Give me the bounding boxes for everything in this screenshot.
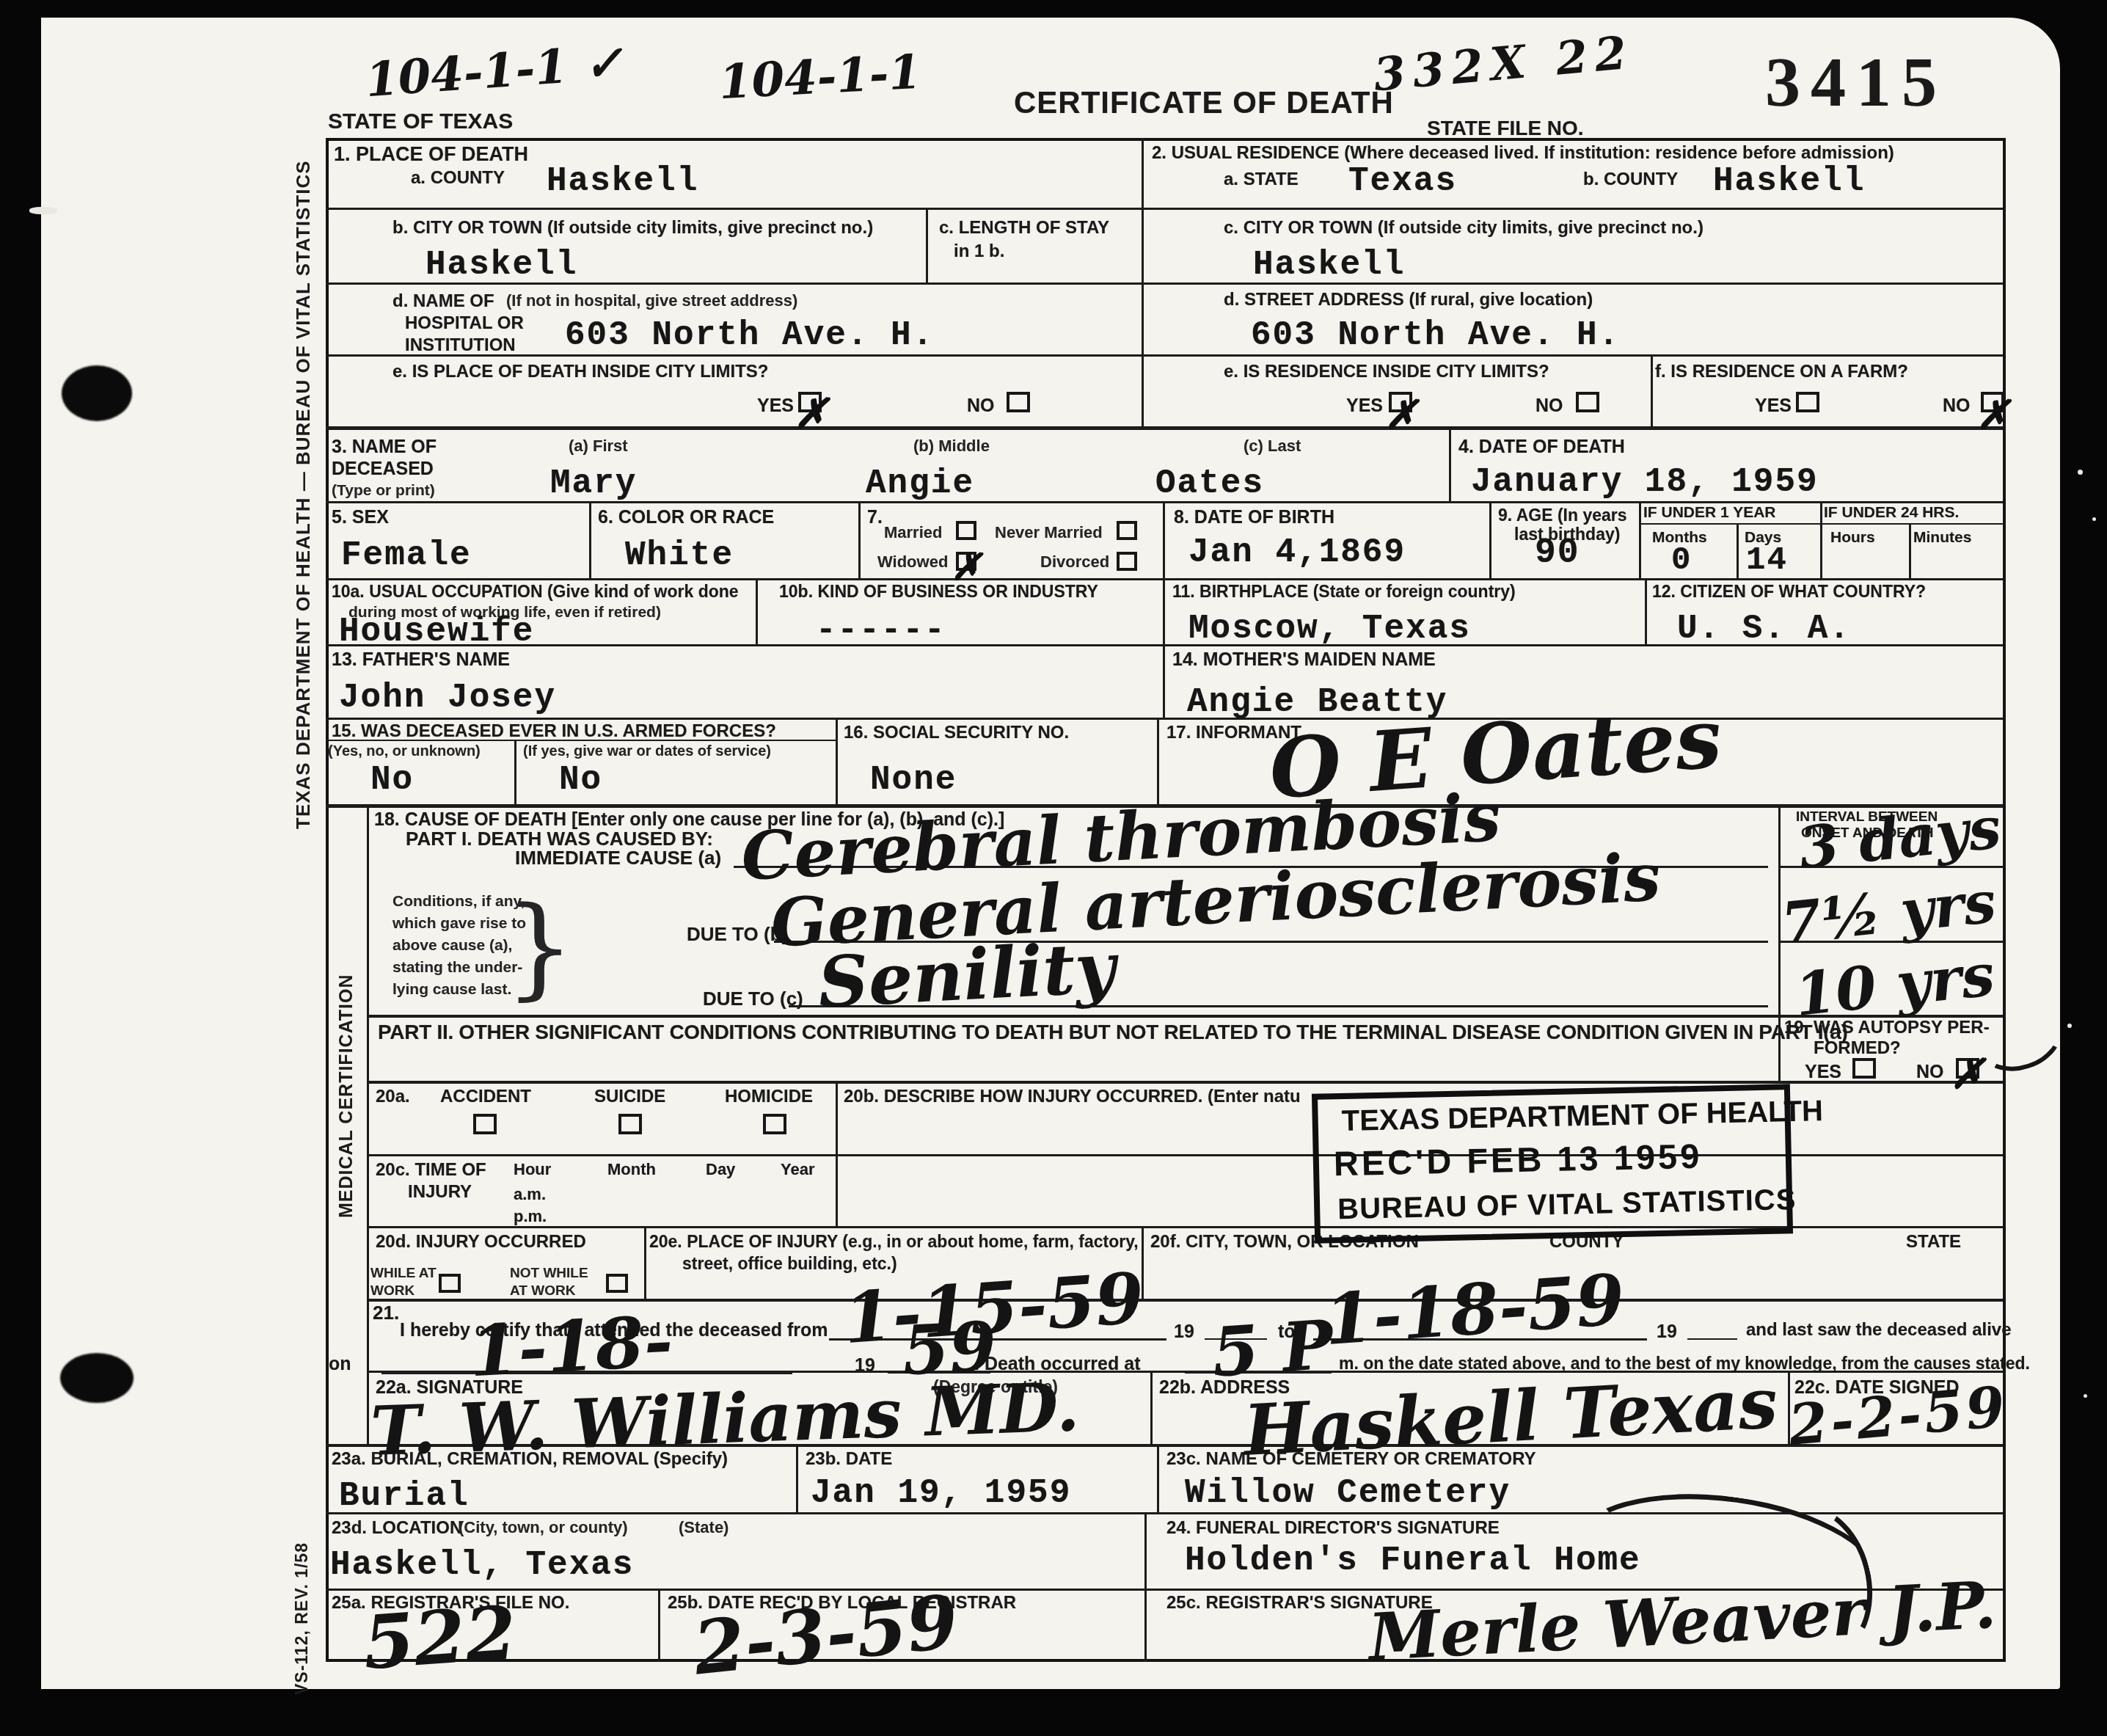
if-under-1-year-label: IF UNDER 1 YEAR [1643,505,1775,521]
part2-label: PART II. OTHER SIGNIFICANT CONDITIONS CO… [378,1021,1848,1043]
due-to-c-label: DUE TO (c) [703,989,803,1009]
first-name-label: (a) First [569,437,628,454]
grid-line [1144,1589,1147,1662]
certificate-title: CERTIFICATE OF DEATH [1014,87,1394,119]
last-name-label: (c) Last [1244,437,1301,454]
armed-forces-sub2-label: (If yes, give war or dates of service) [523,744,771,759]
residence-state-label: a. STATE [1224,170,1299,189]
city-town-county-label: (City, town, or county) [459,1519,628,1536]
grid-line [367,1015,2003,1018]
not-while-at-work-checkbox [606,1274,628,1293]
conditions-note-line: stating the under- [392,960,522,976]
never-married-label: Never Married [995,524,1103,541]
date-of-birth-label: 8. DATE OF BIRTH [1174,508,1334,527]
no-label: NO [1943,396,1971,415]
file-reference-handwritten-2: 104-1-1 [718,49,923,106]
widowed-label: Widowed [877,553,948,570]
grid-line [1150,1371,1153,1444]
grid-line [836,1081,838,1228]
last-alive-date: 1-18- [468,1307,675,1387]
conditions-note-line: lying cause last. [392,982,511,998]
received-stamp: TEXAS DEPARTMENT OF HEALTH REC'D FEB 13 … [1312,1084,1793,1244]
grid-line [1489,501,1491,578]
grid-line [1163,578,1165,644]
residence-city-value: Haskell [1253,248,1405,282]
hospital-label-2: HOSPITAL OR [405,314,524,332]
grid-line [1144,1512,1147,1589]
deceased-label-2: DECEASED [332,459,434,478]
blank-rule [1687,1338,1737,1340]
film-speck [2078,470,2083,475]
cemetery-value: Willow Cemetery [1185,1476,1511,1510]
grid-line [1449,428,1451,501]
residence-state-value: Texas [1348,164,1457,198]
hospital-label-3: INSTITUTION [405,336,516,354]
no-label: NO [1916,1062,1944,1082]
married-label: Married [884,524,942,541]
occupation-value: Housewife [339,615,534,649]
business-industry-value: ------ [816,613,946,647]
days-value: 14 [1746,544,1788,577]
age-label: 9. AGE (In years [1498,506,1627,524]
day-label: Day [706,1161,735,1178]
if-under-24-hrs-label: IF UNDER 24 HRS. [1824,505,1959,521]
grid-line [514,740,516,806]
length-of-stay-label: c. LENGTH OF STAY [939,219,1109,237]
place-of-death-label: 1. PLACE OF DEATH [334,144,528,164]
grid-line [658,1589,660,1662]
year-19-label: 19 [1174,1322,1194,1341]
while-at-work-label: WHILE AT [370,1266,437,1281]
grid-line [367,1081,2003,1084]
street-address-value: 603 North Ave. H. [1251,318,1620,352]
grid-line [1142,138,1144,428]
fathers-name-value: John Josey [339,681,556,715]
armed-forces-sub1-label: (Yes, no, or unknown) [328,744,481,759]
grid-line [326,426,2003,430]
grid-line [1820,501,1822,578]
attended-to-date: 1-18-59 [1322,1265,1626,1355]
residence-city-label: c. CITY OR TOWN (If outside city limits,… [1224,219,1704,237]
name-of-deceased-label: 3. NAME OF [332,437,437,456]
length-of-stay-label-2: in 1 b. [954,242,1004,260]
conditions-note-line: above cause (a), [392,938,512,954]
grid-line [756,578,758,644]
burial-value: Burial [339,1479,470,1513]
grid-line [1645,578,1647,644]
color-race-label: 6. COLOR OR RACE [598,508,774,527]
date-of-birth-value: Jan 4,1869 [1188,536,1406,569]
hospital-label: d. NAME OF [392,292,494,310]
time-of-injury-label: 20c. TIME OF [376,1161,486,1179]
yes-label: YES [757,396,794,415]
film-speck [2084,1394,2087,1398]
county-label: a. COUNTY [411,169,505,187]
pm-label: p.m. [514,1208,547,1225]
married-checkbox [956,521,976,540]
burial-date-value: Jan 19, 1959 [811,1476,1071,1510]
funeral-director-label: 24. FUNERAL DIRECTOR'S SIGNATURE [1166,1519,1500,1537]
time-of-injury-label-2: INJURY [408,1183,472,1201]
mothers-maiden-name-label: 14. MOTHER'S MAIDEN NAME [1172,650,1436,669]
grid-line [367,1299,2003,1302]
injury-state-label: STATE [1906,1233,1961,1251]
grid-line [1639,501,1641,578]
grid-line [1157,1444,1159,1514]
grid-line [1651,354,1653,428]
burial-location-value: Haskell, Texas [330,1548,634,1582]
grid-line [1909,523,1911,578]
homicide-label: HOMICIDE [725,1087,813,1106]
grid-line [644,1226,646,1299]
type-or-print-label: (Type or print) [332,483,435,499]
color-race-value: White [625,539,734,572]
street-address-label: d. STREET ADDRESS (If rural, give locati… [1224,291,1593,309]
stamp-line-2: REC'D FEB 13 1959 [1333,1136,1702,1184]
describe-injury-label: 20b. DESCRIBE HOW INJURY OCCURRED. (Ente… [844,1087,1301,1106]
grid-line [589,501,591,578]
yes-label: YES [1805,1062,1841,1082]
stamp-line-1: TEXAS DEPARTMENT OF HEALTH [1341,1095,1823,1138]
no-checkbox [1007,392,1030,412]
armed-forces-value-1: No [370,763,414,797]
no-label: NO [1535,396,1563,415]
hospital-paren-label: (If not in hospital, give street address… [506,292,797,309]
burial-location-label: 23d. LOCATION [332,1519,462,1537]
form-code-vertical-label: VS-112, REV. 1/58 [292,1519,312,1695]
grid-line [1157,718,1159,806]
armed-forces-label: 15. WAS DECEASED EVER IN U.S. ARMED FORC… [332,722,776,740]
ink-blot [60,1353,134,1403]
hour-label: Hour [514,1161,551,1178]
conditions-brace: } [505,891,574,1007]
homicide-checkbox [763,1114,786,1134]
suicide-label: SUICIDE [594,1087,665,1106]
hospital-value: 603 North Ave. H. [565,318,934,352]
county-value: Haskell [547,164,698,198]
while-at-work-checkbox [439,1274,461,1293]
grid-line [326,354,2003,357]
widowed-checkmark: ✗ [951,549,982,586]
film-speck [2067,1024,2072,1028]
am-label: a.m. [514,1186,546,1203]
middle-name-label: (b) Middle [913,437,990,454]
residence-county-value: Haskell [1713,164,1865,198]
city-label: b. CITY OR TOWN (If outside city limits,… [392,219,873,237]
never-married-checkbox [1117,521,1137,540]
birthplace-value: Moscow, Texas [1188,612,1471,646]
accident-suicide-homicide-label: 20a. [376,1087,410,1106]
on-label: on [329,1354,351,1374]
year-label: Year [781,1161,815,1178]
months-value: 0 [1671,544,1692,577]
citizen-value: U. S. A. [1677,612,1851,646]
sex-label: 5. SEX [332,508,389,527]
grid-line [926,208,928,282]
immediate-cause-label: IMMEDIATE CAUSE (a) [515,848,721,868]
month-label: Month [607,1161,656,1178]
not-while-at-work-label: NOT WHILE [510,1266,588,1281]
first-name-value: Mary [550,467,637,500]
social-security-label: 16. SOCIAL SECURITY NO. [844,723,1069,742]
grid-line [1163,644,1165,718]
state-of-texas-label: STATE OF TEXAS [328,110,513,134]
divorced-checkbox [1117,552,1137,571]
no-checkmark: ✗ [1950,1054,1984,1095]
grid-line [1737,523,1739,578]
marital-status-label: 7. [867,508,883,527]
due-to-c-value: Senility [817,933,1117,1018]
grid-line [367,804,369,1445]
birthplace-label: 11. BIRTHPLACE (State or foreign country… [1172,583,1516,600]
no-checkbox [1576,392,1599,412]
certify-number-label: 21. [373,1303,399,1323]
state-file-number-stamp: 3415 [1765,45,1947,120]
year-19-label: 19 [1657,1322,1677,1341]
state-file-no-label: STATE FILE NO. [1427,117,1584,139]
death-time-handwritten: 5 P [1210,1310,1335,1386]
while-at-work-label-2: WORK [370,1284,415,1299]
suicide-checkbox [618,1114,642,1134]
film-speck [29,207,57,214]
inside-city-limits-label: e. IS PLACE OF DEATH INSIDE CITY LIMITS? [392,362,768,381]
autopsy-label-2: FORMED? [1814,1039,1901,1057]
certify-text-2: and last saw the deceased alive [1746,1321,2012,1339]
residence-farm-label: f. IS RESIDENCE ON A FARM? [1655,362,1908,381]
grid-line [858,501,861,578]
film-speck [2092,517,2096,521]
accident-label: ACCIDENT [440,1087,531,1106]
place-of-injury-label: 20e. PLACE OF INJURY (e.g., in or about … [649,1233,1139,1250]
grid-line [326,208,2003,210]
yes-checkbox [1852,1058,1876,1079]
business-industry-label: 10b. KIND OF BUSINESS OR INDUSTRY [779,583,1098,600]
date-of-death-value: January 18, 1959 [1471,465,1819,499]
place-of-injury-label-2: street, office building, etc.) [682,1255,897,1272]
date-of-death-label: 4. DATE OF DEATH [1458,437,1625,456]
accident-checkbox [473,1114,497,1134]
grid-line [836,718,838,806]
citizen-label: 12. CITIZEN OF WHAT COUNTRY? [1652,583,1926,600]
usual-residence-label: 2. USUAL RESIDENCE (Where deceased lived… [1152,144,1894,162]
sex-value: Female [341,539,472,572]
not-while-at-work-label-2: AT WORK [510,1284,575,1299]
agency-vertical-label: TEXAS DEPARTMENT OF HEALTH — BUREAU OF V… [292,316,315,829]
ink-blot [62,365,132,421]
last-name-value: Oates [1155,467,1264,500]
age-value: 90 [1535,536,1580,571]
state-sub-label: (State) [679,1519,728,1536]
occupation-label: 10a. USUAL OCCUPATION (Give kind of work… [332,583,739,600]
yes-checkmark: ✗ [1384,395,1417,434]
no-label: NO [967,396,995,415]
residence-city-limits-label: e. IS RESIDENCE INSIDE CITY LIMITS? [1224,362,1549,381]
residence-county-label: b. COUNTY [1583,170,1678,189]
yes-checkbox [1796,392,1819,412]
registrar-file-no-value: 522 [361,1596,519,1680]
no-checkmark: ✗ [1976,395,2009,434]
armed-forces-value-2: No [559,763,602,797]
grid-line [326,718,2003,720]
grid-line [1163,501,1165,578]
city-value: Haskell [426,248,577,282]
scanned-death-certificate: { "header": { "ref_left": "104-1-1 ✓", "… [0,0,2107,1736]
social-security-value: None [870,763,957,797]
divorced-label: Divorced [1040,553,1109,570]
yes-label: YES [1755,396,1792,415]
injury-occurred-label: 20d. INJURY OCCURRED [376,1233,586,1251]
hours-label: Hours [1830,530,1875,546]
yes-label: YES [1346,396,1383,415]
middle-name-value: Angie [866,467,974,500]
fathers-name-label: 13. FATHER'S NAME [332,650,510,669]
yes-checkmark: ✗ [794,393,828,434]
stamp-line-3: BUREAU OF VITAL STATISTICS [1337,1184,1797,1226]
minutes-label: Minutes [1913,530,1971,546]
